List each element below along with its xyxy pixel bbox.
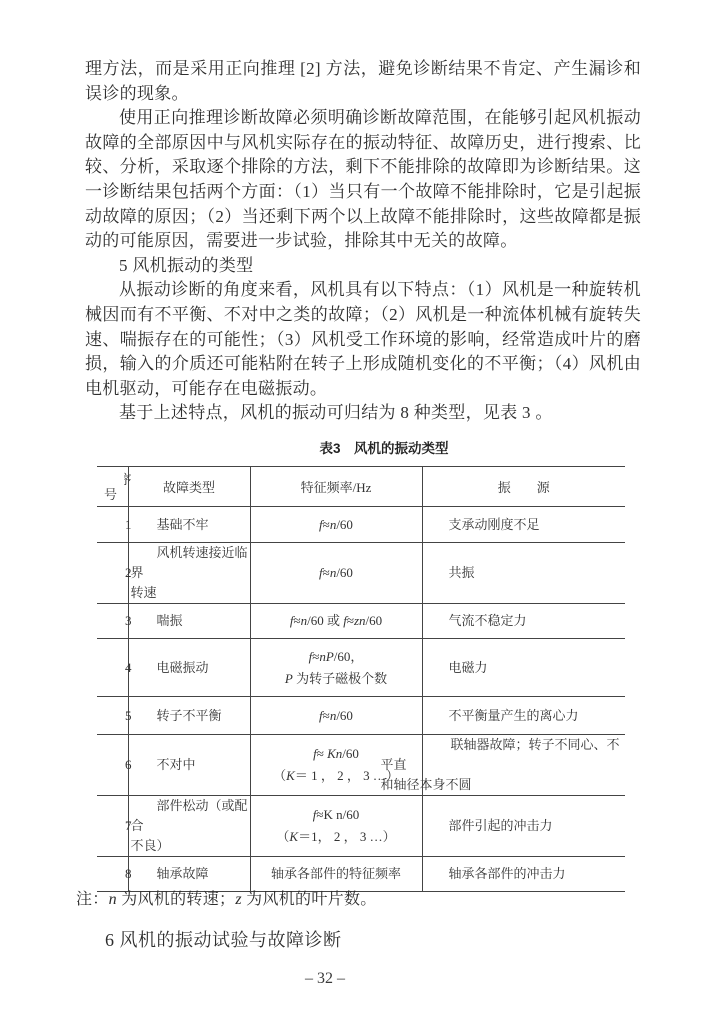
frequency-line: f≈n/60 bbox=[251, 562, 422, 584]
paragraph: 从振动诊断的角度来看，风机具有以下特点：（1）风机是一种旋转机械因而有不平衡、不… bbox=[85, 278, 641, 401]
cell-vibration-source: 部件引起的冲击力 bbox=[422, 796, 625, 857]
cell-fault-type: 转子不平衡 bbox=[128, 697, 250, 735]
paragraph: 理方法，而是采用正向推理 [2] 方法，避免诊断结果不肯定、产生漏诊和误诊的现象… bbox=[85, 57, 641, 106]
serial-header-char-1: 序 bbox=[124, 472, 132, 487]
vibration-source-text: 支承动刚度不足 bbox=[423, 515, 626, 535]
frequency-line: f≈n/60 bbox=[251, 514, 422, 536]
cell-characteristic-frequency: f≈n/60 bbox=[250, 507, 422, 543]
body-text: 理方法，而是采用正向推理 [2] 方法，避免诊断结果不肯定、产生漏诊和误诊的现象… bbox=[85, 57, 641, 426]
fault-type-text: 喘振 bbox=[129, 611, 250, 631]
header-serial-number: 序 号 bbox=[97, 467, 128, 507]
vibration-source-text: 电磁力 bbox=[423, 658, 626, 678]
section-5-heading: 5 风机振动的类型 bbox=[85, 254, 641, 279]
cell-characteristic-frequency: f≈K n/60（K＝1， 2 ， 3 …） bbox=[250, 796, 422, 857]
cell-serial-number: 4 bbox=[97, 639, 128, 697]
fault-type-text: 基础不牢 bbox=[129, 515, 250, 535]
frequency-line: f≈nP/60， bbox=[251, 646, 422, 668]
cell-fault-type: 基础不牢 bbox=[128, 507, 250, 543]
document-page: 理方法，而是采用正向推理 [2] 方法，避免诊断结果不肯定、产生漏诊和误诊的现象… bbox=[0, 0, 724, 1024]
cell-vibration-source: 不平衡量产生的离心力 bbox=[422, 697, 625, 735]
cell-vibration-source: 联轴器故障；转子不同心、不平直和轴径本身不圆 bbox=[422, 735, 625, 796]
table-note: 注：n 为风机的转速；z 为风机的叶片数。 bbox=[76, 886, 377, 909]
cell-characteristic-frequency: f≈n/60 bbox=[250, 543, 422, 604]
frequency-line: f≈n/60 bbox=[251, 705, 422, 727]
vibration-source-text: 联轴器故障；转子不同心、不平直和轴径本身不圆 bbox=[381, 735, 626, 795]
serial-number: 6 bbox=[125, 757, 132, 773]
cell-serial-number: 7 bbox=[97, 796, 128, 857]
serial-number: 1 bbox=[125, 517, 132, 533]
table-row: 4电磁振动f≈nP/60，P 为转子磁极个数电磁力 bbox=[97, 639, 625, 697]
vibration-source-text: 不平衡量产生的离心力 bbox=[423, 706, 626, 726]
cell-characteristic-frequency: f≈n/60 或 f≈zn/60 bbox=[250, 604, 422, 639]
header-fault-type: 故障类型 bbox=[128, 467, 250, 507]
cell-serial-number: 2 bbox=[97, 543, 128, 604]
vibration-source-text: 气流不稳定力 bbox=[423, 611, 626, 631]
cell-serial-number: 6 bbox=[97, 735, 128, 796]
cell-characteristic-frequency: f≈n/60 bbox=[250, 697, 422, 735]
cell-vibration-source: 气流不稳定力 bbox=[422, 604, 625, 639]
frequency-line: P 为转子磁极个数 bbox=[251, 668, 422, 690]
fault-type-text: 风机转速接近临界转速 bbox=[129, 543, 250, 603]
cell-vibration-source: 电磁力 bbox=[422, 639, 625, 697]
header-vibration-source: 振 源 bbox=[422, 467, 625, 507]
paragraph: 基于上述特点，风机的振动可归结为 8 种类型，见表 3 。 bbox=[85, 401, 641, 426]
table-row: 5转子不平衡f≈n/60不平衡量产生的离心力 bbox=[97, 697, 625, 735]
table-row: 7部件松动（或配合不良）f≈K n/60（K＝1， 2 ， 3 …）部件引起的冲… bbox=[97, 796, 625, 857]
vibration-source-text: 部件引起的冲击力 bbox=[423, 816, 626, 836]
cell-fault-type: 部件松动（或配合不良） bbox=[128, 796, 250, 857]
fault-type-text: 不对中 bbox=[129, 755, 250, 775]
vibration-source-text: 轴承各部件的冲击力 bbox=[423, 864, 626, 884]
table-row: 6不对中f≈ Kn/60（K＝ 1 ， 2 ， 3 …）联轴器故障；转子不同心、… bbox=[97, 735, 625, 796]
fault-type-text: 转子不平衡 bbox=[129, 706, 250, 726]
cell-vibration-source: 轴承各部件的冲击力 bbox=[422, 857, 625, 892]
table-row: 2风机转速接近临界转速f≈n/60共振 bbox=[97, 543, 625, 604]
serial-number: 3 bbox=[125, 613, 132, 629]
cell-fault-type: 不对中 bbox=[128, 735, 250, 796]
frequency-line: f≈n/60 或 f≈zn/60 bbox=[251, 610, 422, 632]
cell-vibration-source: 共振 bbox=[422, 543, 625, 604]
fault-type-text: 部件松动（或配合不良） bbox=[129, 796, 250, 856]
serial-number: 5 bbox=[125, 708, 132, 724]
serial-number: 4 bbox=[125, 660, 132, 676]
serial-number: 8 bbox=[125, 866, 132, 882]
table-header-row: 序 号 故障类型 特征频率/Hz 振 源 bbox=[97, 467, 625, 507]
fault-type-text: 轴承故障 bbox=[129, 864, 250, 884]
serial-header-char-2: 号 bbox=[97, 487, 128, 503]
cell-fault-type: 喘振 bbox=[128, 604, 250, 639]
vibration-types-table: 序 号 故障类型 特征频率/Hz 振 源 1基础不牢f≈n/60支承动刚度不足2… bbox=[97, 466, 625, 892]
section-6-heading: 6 风机的振动试验与故障诊断 bbox=[105, 926, 342, 952]
cell-characteristic-frequency: f≈nP/60，P 为转子磁极个数 bbox=[250, 639, 422, 697]
header-characteristic-frequency: 特征频率/Hz bbox=[250, 467, 422, 507]
cell-serial-number: 1 bbox=[97, 507, 128, 543]
page-number: – 32 – bbox=[85, 970, 565, 988]
cell-serial-number: 5 bbox=[97, 697, 128, 735]
frequency-line: 轴承各部件的特征频率 bbox=[251, 863, 422, 885]
vibration-source-text: 共振 bbox=[423, 563, 626, 583]
table-row: 1基础不牢f≈n/60支承动刚度不足 bbox=[97, 507, 625, 543]
cell-fault-type: 风机转速接近临界转速 bbox=[128, 543, 250, 604]
frequency-line: （K＝1， 2 ， 3 …） bbox=[251, 826, 422, 848]
paragraph: 使用正向推理诊断故障必须明确诊断故障范围，在能够引起风机振动故障的全部原因中与风… bbox=[85, 106, 641, 254]
frequency-line: f≈K n/60 bbox=[251, 804, 422, 826]
cell-serial-number: 3 bbox=[97, 604, 128, 639]
fault-type-text: 电磁振动 bbox=[129, 658, 250, 678]
table-row: 3喘振f≈n/60 或 f≈zn/60气流不稳定力 bbox=[97, 604, 625, 639]
cell-fault-type: 电磁振动 bbox=[128, 639, 250, 697]
table-caption: 表3 风机的振动类型 bbox=[97, 437, 625, 457]
cell-vibration-source: 支承动刚度不足 bbox=[422, 507, 625, 543]
